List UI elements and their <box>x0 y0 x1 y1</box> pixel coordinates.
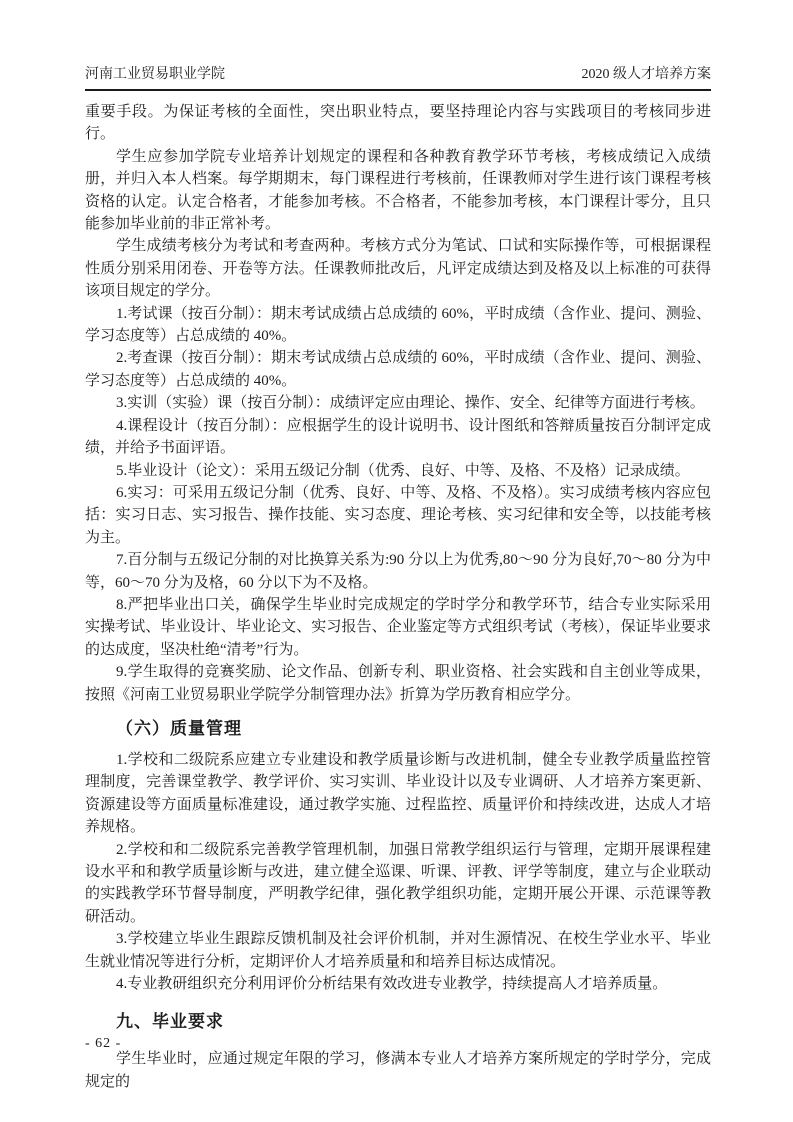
paragraph: 学生应参加学院专业培养计划规定的课程和各种教育教学环节考核，考核成绩记入成绩册，… <box>85 146 711 236</box>
header-school-name: 河南工业贸易职业学院 <box>85 66 225 84</box>
paragraph: 学生成绩考核分为考试和考查两种。考核方式分为笔试、口试和实际操作等，可根据课程性… <box>85 235 711 302</box>
paragraph-continuation: 重要手段。为保证考核的全面性，突出职业特点，要坚持理论内容与实践项目的考核同步进… <box>85 101 711 146</box>
list-item-5: 5.毕业设计（论文）：采用五级记分制（优秀、良好、中等、及格、不及格）记录成绩。 <box>85 460 711 482</box>
document-body: 重要手段。为保证考核的全面性，突出职业特点，要坚持理论内容与实践项目的考核同步进… <box>85 101 711 1093</box>
list-item-1: 1.学校和二级院系应建立专业建设和教学质量诊断与改进机制，健全专业教学质量监控管… <box>85 749 711 839</box>
list-item-8: 8.严把毕业出口关，确保学生毕业时完成规定的学时学分和教学环节，结合专业实际采用… <box>85 594 711 661</box>
list-item-2: 2.学校和和二级院系完善教学管理机制，加强日常教学组织运行与管理，定期开展课程建… <box>85 839 711 929</box>
list-item-9: 9.学生取得的竞赛奖励、论文作品、创新专利、职业资格、社会实践和自主创业等成果，… <box>85 661 711 706</box>
page-header: 河南工业贸易职业学院 2020 级人才培养方案 <box>85 66 711 91</box>
list-item-7: 7.百分制与五级记分制的对比换算关系为:90 分以上为优秀,80～90 分为良好… <box>85 549 711 594</box>
section-heading-quality-management: （六）质量管理 <box>85 717 711 741</box>
list-item-3: 3.实训（实验）课（按百分制）：成绩评定应由理论、操作、安全、纪律等方面进行考核… <box>85 392 711 414</box>
document-page: 河南工业贸易职业学院 2020 级人才培养方案 重要手段。为保证考核的全面性，突… <box>0 0 793 1122</box>
list-item-1: 1.考试课（按百分制）：期末考试成绩占总成绩的 60%，平时成绩（含作业、提问、… <box>85 303 711 348</box>
page-number: - 62 - <box>85 1036 121 1051</box>
list-item-2: 2.考查课（按百分制）：期末考试成绩占总成绩的 60%，平时成绩（含作业、提问、… <box>85 347 711 392</box>
list-item-6: 6.实习：可采用五级记分制（优秀、良好、中等、及格、不及格）。实习成绩考核内容应… <box>85 482 711 549</box>
list-item-4: 4.专业教研组织充分利用评价分析结果有效改进专业教学，持续提高人才培养质量。 <box>85 973 711 995</box>
paragraph: 学生毕业时，应通过规定年限的学习，修满本专业人才培养方案所规定的学时学分，完成规… <box>85 1048 711 1093</box>
page-footer: - 62 - <box>85 1035 121 1053</box>
header-plan-title: 2020 级人才培养方案 <box>582 66 712 84</box>
list-item-3: 3.学校建立毕业生跟踪反馈机制及社会评价机制，并对生源情况、在校生学业水平、毕业… <box>85 928 711 973</box>
chapter-heading-graduation-requirements: 九、毕业要求 <box>85 1010 711 1034</box>
list-item-4: 4.课程设计（按百分制）：应根据学生的设计说明书、设计图纸和答辩质量按百分制评定… <box>85 415 711 460</box>
